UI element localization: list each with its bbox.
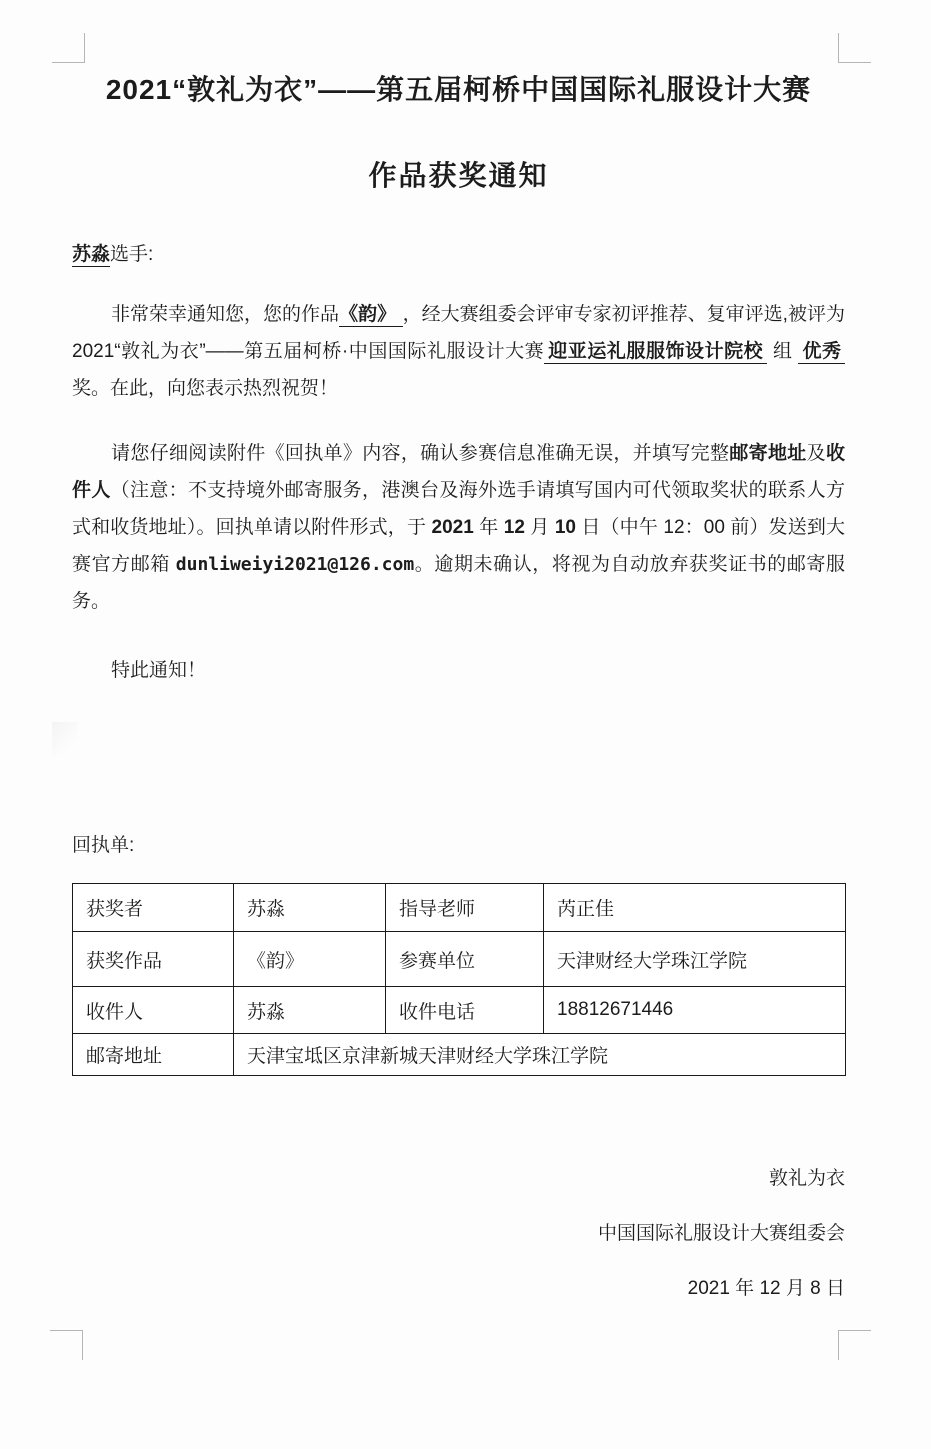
table-row: 邮寄地址 天津宝坻区京津新城天津财经大学珠江学院 xyxy=(73,1034,846,1076)
winner-name: 苏淼 xyxy=(72,244,110,267)
receipt-form-label: 回执单: xyxy=(72,827,845,864)
deadline-month: 12 xyxy=(504,517,525,538)
signature-committee: 中国国际礼服设计大赛组委会 xyxy=(72,1215,845,1252)
table-row: 收件人 苏淼 收件电话 18812671446 xyxy=(73,987,846,1034)
document-subtitle: 作品获奖通知 xyxy=(72,158,845,194)
deadline-day: 10 xyxy=(555,517,576,538)
greeting-line: 苏淼选手: xyxy=(72,240,845,270)
award-level: 优秀 xyxy=(798,341,845,364)
cell-recipient-value: 苏淼 xyxy=(234,987,386,1034)
signature-block: 敦礼为衣 中国国际礼服设计大赛组委会 2021 年 12 月 8 日 xyxy=(72,1160,845,1307)
cell-phone-label: 收件电话 xyxy=(386,987,544,1034)
para1-mid: 组 xyxy=(767,341,798,362)
award-group: 迎亚运礼服服饰设计院校 xyxy=(544,341,767,364)
greeting-suffix: 选手: xyxy=(110,244,153,265)
para2-s5: 月 xyxy=(525,517,555,538)
cell-address-label: 邮寄地址 xyxy=(73,1034,234,1076)
cell-unit-label: 参赛单位 xyxy=(386,932,544,987)
signature-brand: 敦礼为衣 xyxy=(72,1160,845,1197)
signature-date: 2021 年 12 月 8 日 xyxy=(72,1270,845,1307)
paragraph-award: 非常荣幸通知您，您的作品《韵》，经大赛组委会评审专家初评推荐、复审评选,被评为 … xyxy=(72,296,845,407)
paragraph-instructions: 请您仔细阅读附件《回执单》内容，确认参赛信息准确无误，并填写完整邮寄地址及收件人… xyxy=(72,435,845,620)
table-row: 获奖者 苏淼 指导老师 芮正佳 xyxy=(73,884,846,932)
document-title: 2021“敦礼为衣”——第五届柯桥中国国际礼服设计大赛 xyxy=(72,72,845,108)
para1-lead: 非常荣幸通知您，您的作品 xyxy=(111,304,339,325)
cell-phone-value: 18812671446 xyxy=(544,987,846,1034)
deadline-year: 2021 xyxy=(432,517,474,538)
cell-work-label: 获奖作品 xyxy=(73,932,234,987)
award-notice-document: 2021“敦礼为衣”——第五届柯桥中国国际礼服设计大赛 作品获奖通知 苏淼选手:… xyxy=(0,0,931,1449)
cell-work-value: 《韵》 xyxy=(234,932,386,987)
contest-email: dunliweiyi2021@126.com xyxy=(176,554,414,575)
cell-unit-value: 天津财经大学珠江学院 xyxy=(544,932,846,987)
cell-recipient-label: 收件人 xyxy=(73,987,234,1034)
cell-teacher-value: 芮正佳 xyxy=(544,884,846,932)
cell-teacher-label: 指导老师 xyxy=(386,884,544,932)
para2-s4: 年 xyxy=(474,517,504,538)
para2-s2: 及 xyxy=(807,443,826,464)
cell-winner-label: 获奖者 xyxy=(73,884,234,932)
cell-address-value: 天津宝坻区京津新城天津财经大学珠江学院 xyxy=(234,1034,846,1076)
mailing-address-emphasis: 邮寄地址 xyxy=(729,443,806,464)
crop-mark-bottom-left-icon xyxy=(50,1330,83,1360)
receipt-table: 获奖者 苏淼 指导老师 芮正佳 获奖作品 《韵》 参赛单位 天津财经大学珠江学院… xyxy=(72,883,846,1076)
notice-line: 特此通知！ xyxy=(72,652,845,689)
page-content: 2021“敦礼为衣”——第五届柯桥中国国际礼服设计大赛 作品获奖通知 苏淼选手:… xyxy=(72,0,845,1325)
table-row: 获奖作品 《韵》 参赛单位 天津财经大学珠江学院 xyxy=(73,932,846,987)
crop-mark-bottom-right-icon xyxy=(838,1330,871,1360)
para1-tail: 奖。在此，向您表示热烈祝贺！ xyxy=(72,378,338,399)
cell-winner-value: 苏淼 xyxy=(234,884,386,932)
work-title: 《韵》 xyxy=(339,304,403,327)
para2-s1: 请您仔细阅读附件《回执单》内容，确认参赛信息准确无误，并填写完整 xyxy=(111,443,729,464)
